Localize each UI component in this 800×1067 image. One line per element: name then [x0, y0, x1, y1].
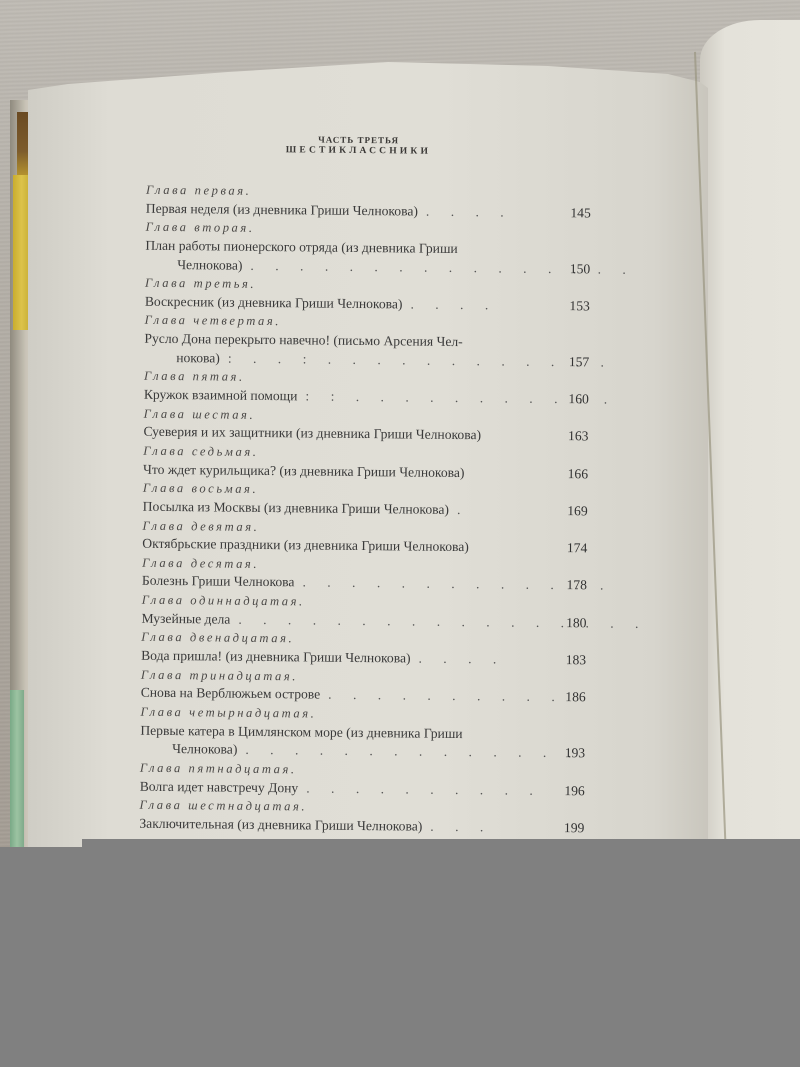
page-number: 145 [570, 204, 591, 223]
page-number: 169 [567, 502, 588, 521]
part-subtitle: ШЕСТИКЛАССНИКИ [203, 144, 513, 158]
leader-dots: . . . [430, 818, 492, 837]
leader-dots: . . . . [426, 202, 513, 222]
page-number: 178 [566, 577, 587, 596]
page-number: 199 [564, 819, 585, 838]
page-number: 153 [569, 297, 590, 316]
page-number: 174 [567, 539, 588, 558]
chapter-label: Глава тринадцатая. [141, 667, 298, 683]
leader-dots: . . . . [418, 650, 505, 670]
page-number: 186 [565, 688, 586, 707]
chapter-label: Глава шестая. [144, 406, 256, 421]
part-heading: ЧАСТЬ ТРЕТЬЯ ШЕСТИКЛАССНИКИ [203, 133, 513, 158]
page-number: 150 [570, 260, 591, 279]
chapter-label: Глава четвертая. [145, 313, 282, 328]
chapter-label: Глава десятая. [142, 556, 259, 571]
entry-title: Снова на Верблюжьем острове [141, 684, 321, 705]
entry-title: Челнокова) [145, 255, 242, 275]
chapter-label: Глава одиннадцатая. [142, 593, 305, 609]
entry-title: Музейные дела [141, 609, 230, 629]
chapter-label: Глава первая. [146, 183, 252, 198]
leader-dots: . . . . [410, 295, 497, 315]
chapter-label: Глава седьмая. [143, 444, 258, 459]
chapter-label: Глава двенадцатая. [141, 630, 294, 646]
entry-title: Заключительная (из дневника Гриши Челнок… [139, 814, 422, 836]
page-number: 180 [566, 614, 587, 633]
page-number: 157 [569, 353, 590, 372]
page-number: 166 [568, 465, 589, 484]
photo-scene: ЧАСТЬ ТРЕТЬЯ ШЕСТИКЛАССНИКИ Глава первая… [0, 0, 800, 1067]
page-number: 193 [565, 744, 586, 763]
redaction-mask [82, 839, 800, 1067]
chapter-label: Глава восьмая. [143, 481, 258, 496]
entry-title: Кружок взаимной помощи [144, 386, 298, 406]
page-number: 183 [566, 651, 587, 670]
chapter-label: Глава шестнадцатая. [140, 798, 308, 814]
chapter-label: Глава четырнадцатая. [140, 705, 316, 721]
entry-title: Волга идет навстречу Дону [140, 777, 299, 797]
page-number: 196 [564, 782, 585, 801]
page-number: 163 [568, 428, 589, 447]
chapter-label: Глава третья. [145, 276, 256, 291]
entry-title: Челнокова) [140, 740, 237, 760]
page-number: 160 [568, 390, 589, 409]
chapter-label: Глава вторая. [146, 220, 255, 235]
chapter-label: Глава девятая. [142, 518, 259, 533]
toc-entry-row[interactable]: Заключительная (из дневника Гриши Челнок… [139, 814, 589, 837]
entry-title: Болезнь Гриши Челнокова [142, 572, 295, 592]
leader-dots: . . . . . . . . . . [328, 686, 564, 707]
chapter-label: Глава пятая. [144, 369, 245, 384]
entry-title: нокова) [144, 349, 220, 368]
leader-dots: . [457, 501, 470, 520]
redaction-mask-left [0, 847, 82, 1067]
leader-dots: . . . . . . . . . . [306, 779, 542, 800]
chapter-label: Глава пятнадцатая. [140, 761, 297, 777]
table-of-contents: Глава первая.Первая неделя (из дневника … [139, 181, 596, 838]
